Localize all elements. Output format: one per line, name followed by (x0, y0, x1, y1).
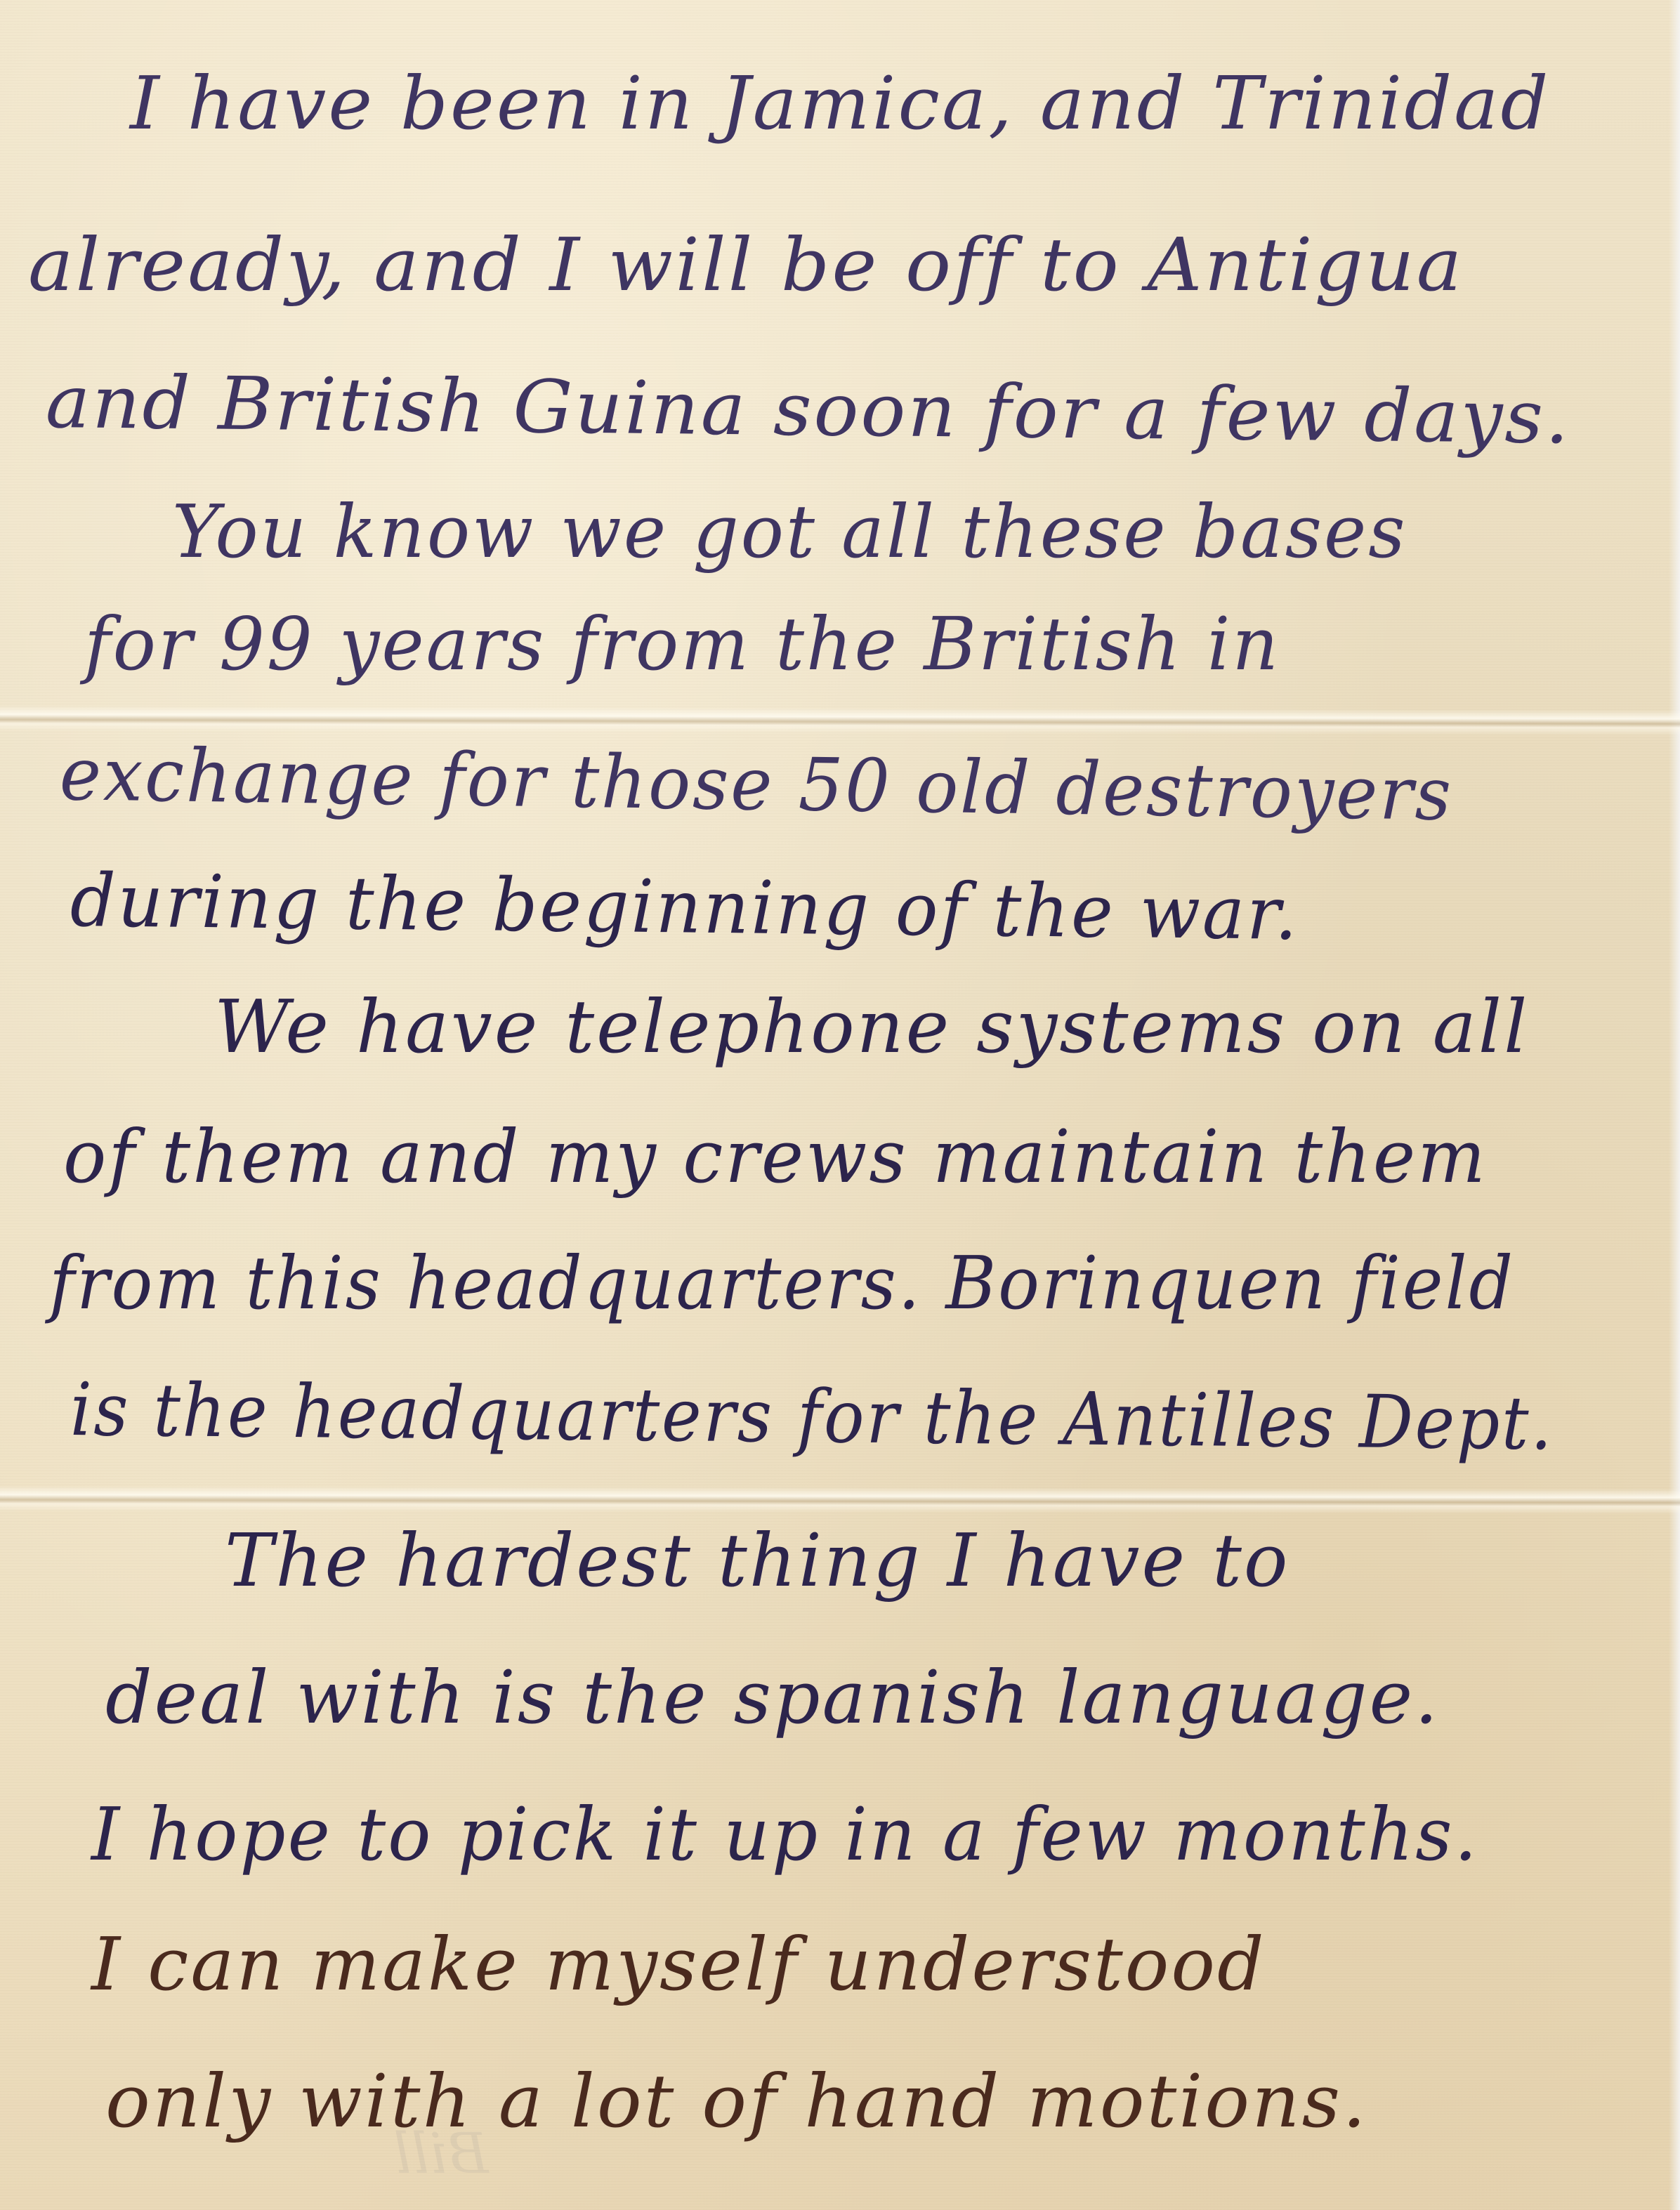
letter-line: I have been in Jamica, and Trinidad (130, 67, 1550, 140)
letter-line: only with a lot of hand motions. (105, 2065, 1368, 2138)
letter-line: I hope to pick it up in a few months. (91, 1798, 1479, 1871)
letter-line: exchange for those 50 old destroyers (59, 737, 1453, 831)
letter-page: Bill I have been in Jamica, and Trinidad… (0, 0, 1680, 2210)
letter-line: We have telephone systems on all (214, 990, 1529, 1063)
letter-line: is the headquarters for the Antilles Dep… (70, 1373, 1554, 1460)
letter-line: and British Guina soon for a few days. (45, 365, 1571, 454)
letter-line: The hardest thing I have to (225, 1524, 1290, 1597)
letter-line: for 99 years from the British in (84, 607, 1280, 680)
letter-body: I have been in Jamica, and Trinidad alre… (0, 0, 1680, 2210)
letter-line: of them and my crews maintain them (63, 1120, 1488, 1193)
letter-line: from this headquarters. Borinquen field (49, 1247, 1515, 1320)
letter-line: I can make myself understood (91, 1928, 1266, 2001)
letter-line: deal with is the spanish language. (105, 1661, 1440, 1734)
letter-line: during the beginning of the war. (70, 864, 1299, 950)
letter-line: You know we got all these bases (172, 495, 1407, 568)
letter-line: already, and I will be off to Antigua (28, 228, 1464, 301)
